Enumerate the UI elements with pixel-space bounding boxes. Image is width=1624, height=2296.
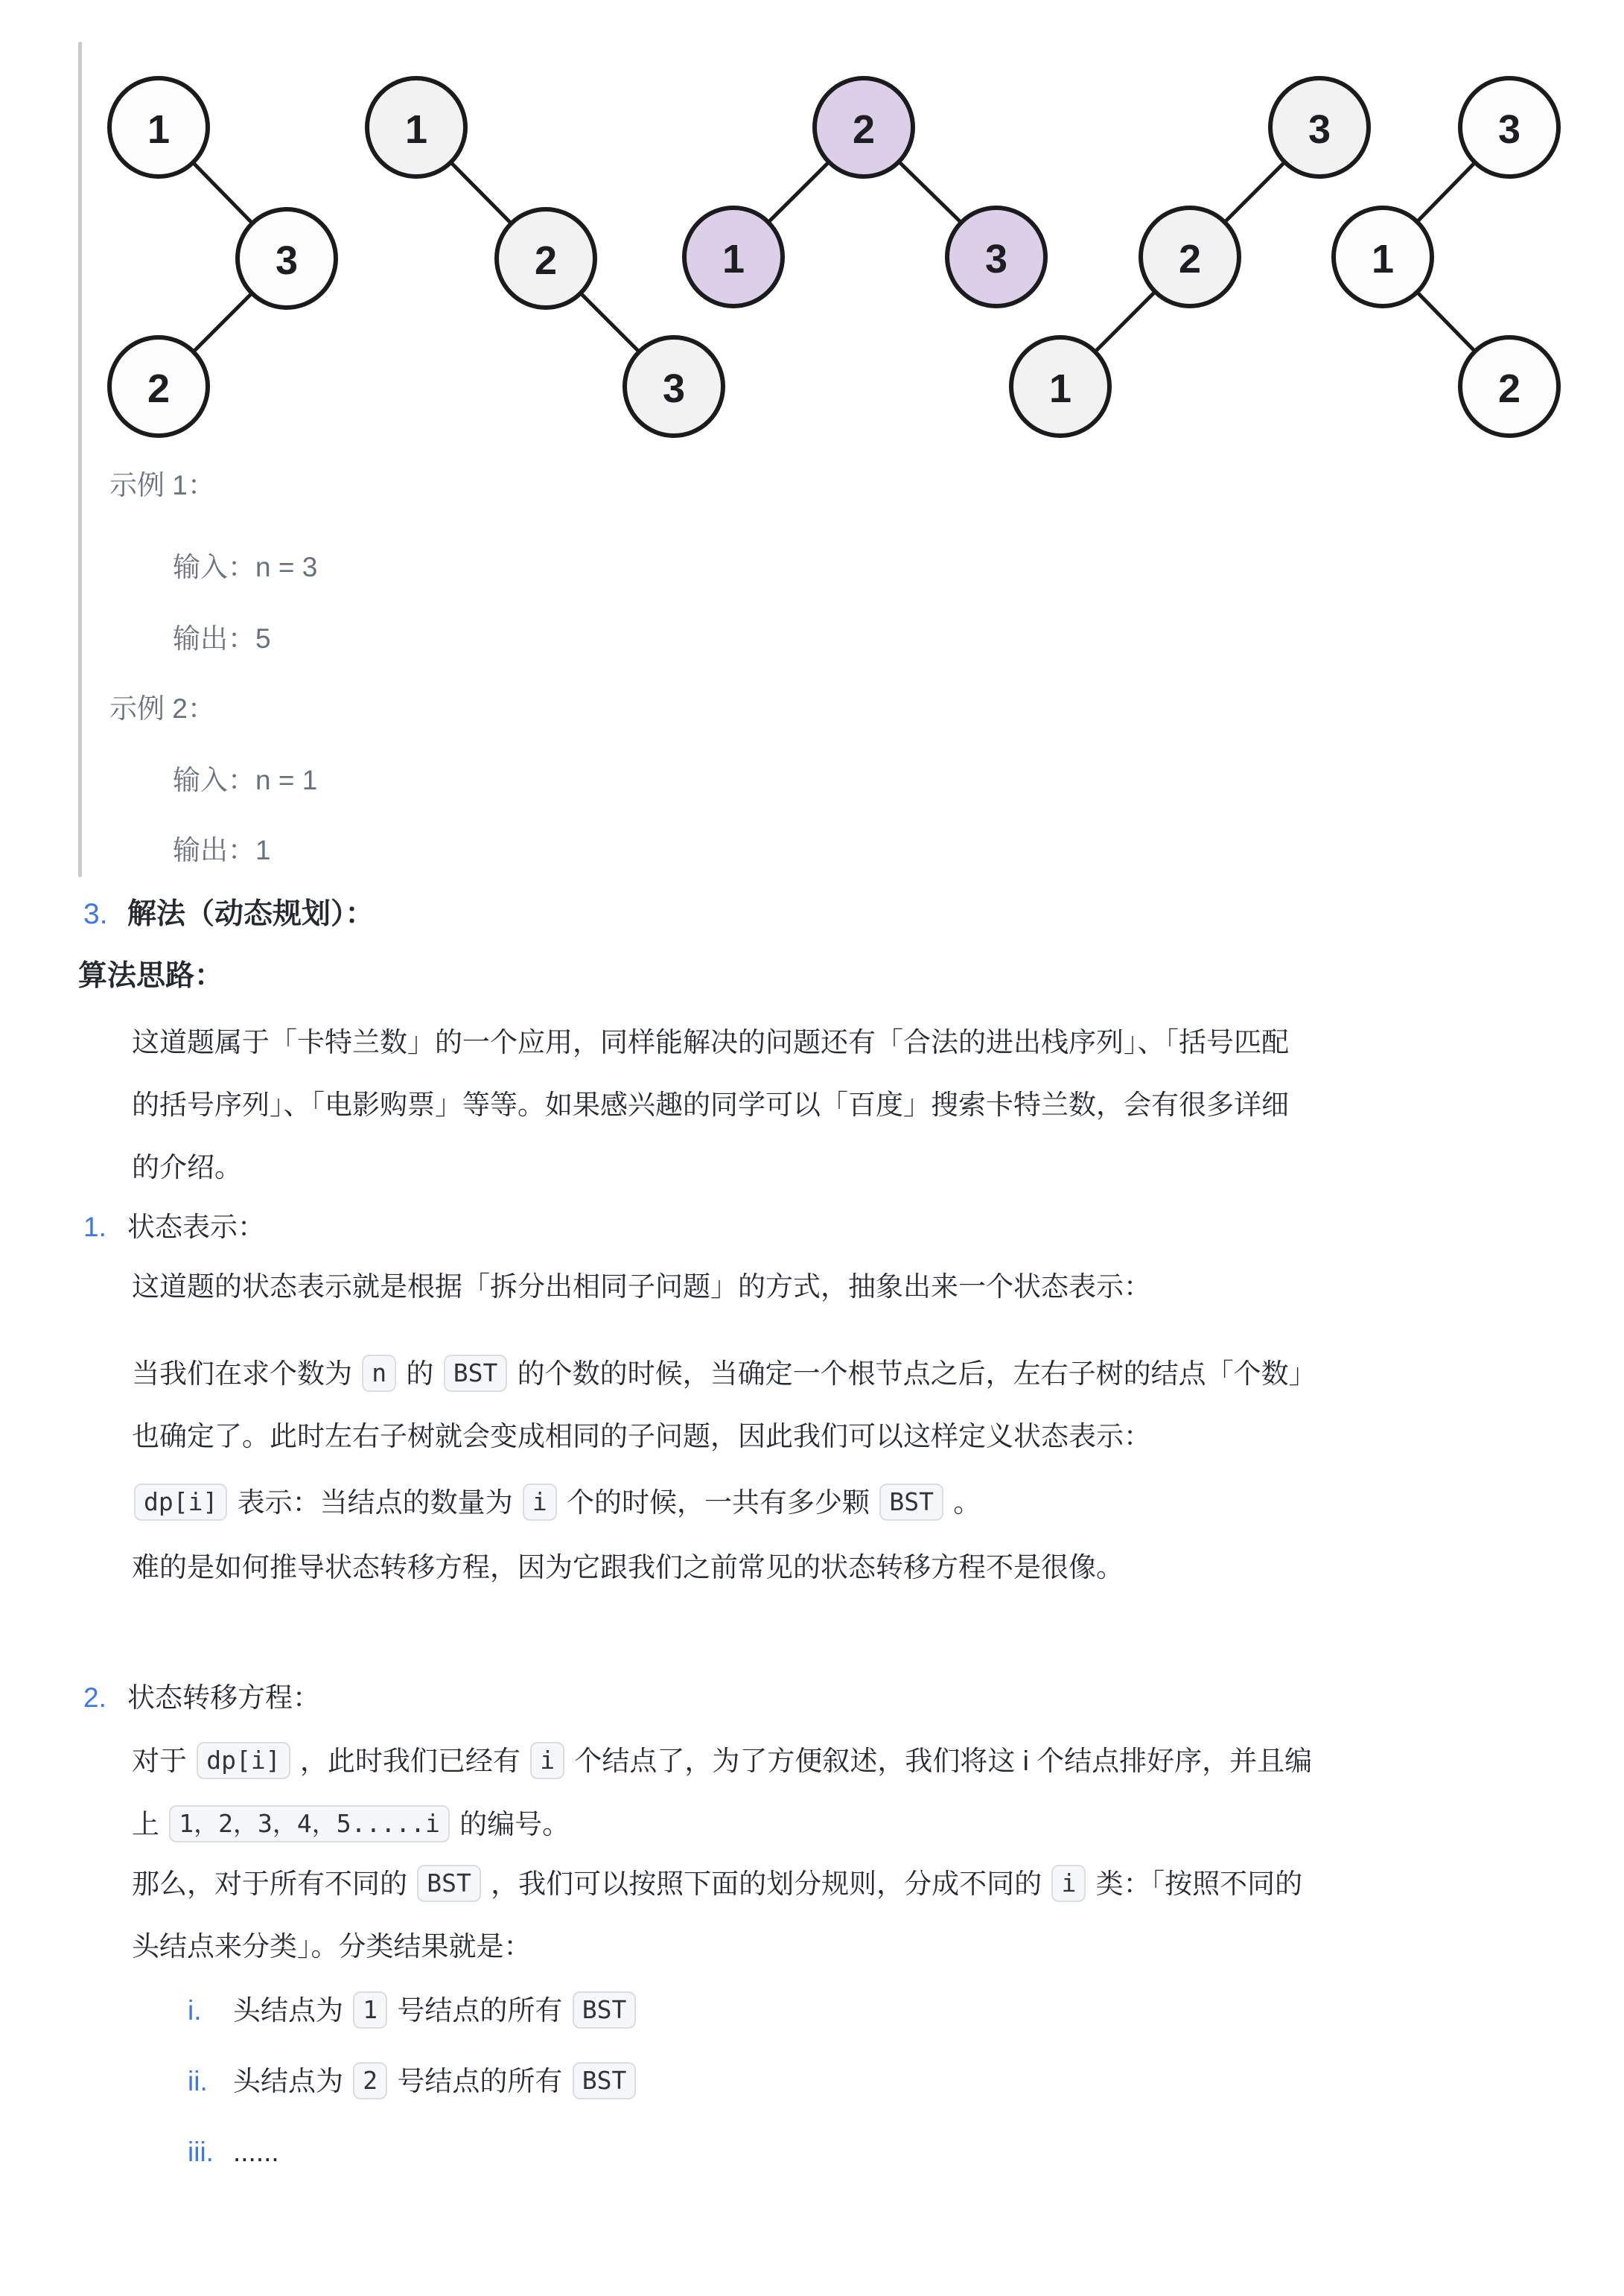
bst-trees-figure: 132123213321312: [0, 0, 1624, 477]
paragraph-state-intro: 这道题的状态表示就是根据「拆分出相同子问题」的方式，抽象出来一个状态表示：: [132, 1268, 1151, 1306]
tree-node-label: 1: [722, 237, 745, 282]
tree-node-label: 2: [535, 238, 557, 283]
example-2-output: 输出：1: [173, 831, 271, 870]
list-item-1-marker: i.: [188, 1991, 233, 2030]
paragraph-state-line-1: 当我们在求个数为 n 的 BST 的个数的时候，当确定一个根节点之后，左右子树的…: [132, 1355, 1316, 1393]
paragraph-hard-note: 难的是如何推导状态转移方程，因为它跟我们之前常见的状态转移方程不是很像。: [132, 1548, 1124, 1587]
inline-code-chip: dp[i]: [134, 1484, 227, 1521]
heading-approach: 算法思路：: [78, 957, 223, 996]
list-item-2-marker: ii.: [188, 2062, 233, 2101]
inline-code-chip: 2: [353, 2062, 387, 2099]
tree-node-label: 2: [1179, 237, 1201, 282]
paragraph-rule-line-1: 那么，对于所有不同的 BST ，我们可以按照下面的划分规则，分成不同的 i 类：…: [132, 1865, 1302, 1904]
inline-code-chip: 1: [353, 1991, 387, 2029]
heading-state: 1.状态表示：: [83, 1208, 265, 1247]
list-item-3-marker: iii.: [188, 2133, 233, 2172]
tree-node-label: 3: [276, 238, 298, 283]
list-item-1-text: 头结点为 1 号结点的所有 BST: [233, 1995, 638, 2026]
tree-1: 132: [109, 78, 336, 436]
list-item-root-2: ii.头结点为 2 号结点的所有 BST: [188, 2062, 638, 2101]
inline-code-chip: i: [523, 1484, 557, 1521]
list-item-ellipsis: iii.......: [188, 2133, 279, 2172]
heading-transition-label: 状态转移方程：: [127, 1682, 320, 1713]
heading-solution: 3.解法（动态规划）：: [83, 895, 375, 934]
example-1-title: 示例 1：: [109, 466, 215, 505]
inline-code-chip: BST: [573, 2062, 637, 2099]
tree-node-label: 3: [1308, 107, 1331, 152]
list-item-2-text: 头结点为 2 号结点的所有 BST: [233, 2066, 638, 2096]
inline-code-chip: BST: [417, 1865, 481, 1902]
tree-node-label: 3: [1498, 107, 1520, 152]
tree-node-label: 1: [147, 107, 170, 152]
inline-code-chip: i: [530, 1742, 564, 1779]
tree-node-label: 1: [1372, 237, 1394, 282]
paragraph-catalan-line-3: 的介绍。: [132, 1148, 242, 1187]
document-page: 132123213321312 示例 1： 输入：n = 3 输出：5 示例 2…: [0, 0, 1624, 2296]
heading-transition-number: 2.: [83, 1679, 127, 1717]
heading-solution-label: 解法（动态规划）：: [127, 898, 375, 930]
tree-3: 213: [684, 78, 1045, 306]
inline-code-chip: i: [1051, 1865, 1086, 1902]
tree-node-label: 2: [853, 107, 875, 152]
inline-code-chip: BST: [879, 1484, 943, 1521]
list-item-3-text: ......: [233, 2137, 279, 2167]
paragraph-transition-line-2: 上 1，2，3，4，5.....i 的编号。: [132, 1805, 570, 1844]
example-2-input: 输入：n = 1: [173, 761, 317, 800]
tree-node-label: 1: [1049, 366, 1071, 411]
paragraph-transition-line-1: 对于 dp[i] ，此时我们已经有 i 个结点了，为了方便叙述，我们将这 i 个…: [132, 1742, 1312, 1781]
example-2-title: 示例 2：: [109, 690, 215, 728]
heading-solution-number: 3.: [83, 895, 127, 934]
inline-code-chip: BST: [444, 1355, 508, 1392]
inline-code-chip: 1，2，3，4，5.....i: [169, 1805, 450, 1842]
inline-code-chip: dp[i]: [197, 1742, 290, 1779]
tree-4: 321: [1011, 78, 1369, 436]
heading-state-number: 1.: [83, 1208, 127, 1247]
tree-node-label: 1: [405, 107, 427, 152]
paragraph-state-line-2: 也确定了。此时左右子树就会变成相同的子问题，因此我们可以这样定义状态表示：: [132, 1417, 1151, 1456]
heading-state-label: 状态表示：: [127, 1212, 265, 1242]
tree-node-label: 3: [663, 366, 685, 411]
tree-node-label: 3: [985, 237, 1007, 282]
list-item-root-1: i.头结点为 1 号结点的所有 BST: [188, 1991, 638, 2030]
example-1-output: 输出：5: [173, 620, 271, 658]
inline-code-chip: n: [362, 1355, 396, 1392]
inline-code-chip: BST: [573, 1991, 637, 2029]
tree-node-label: 2: [1498, 366, 1520, 411]
paragraph-catalan-line-1: 这道题属于「卡特兰数」的一个应用，同样能解决的问题还有「合法的进出栈序列」、「括…: [132, 1023, 1289, 1062]
heading-transition: 2.状态转移方程：: [83, 1679, 320, 1717]
paragraph-rule-line-2: 头结点来分类」。分类结果就是：: [132, 1927, 532, 1966]
example-1-input: 输入：n = 3: [173, 548, 317, 587]
tree-2: 123: [367, 78, 723, 436]
tree-node-label: 2: [147, 366, 170, 411]
paragraph-catalan-line-2: 的括号序列」、「电影购票」等等。如果感兴趣的同学可以「百度」搜索卡特兰数，会有很…: [132, 1086, 1289, 1125]
paragraph-dp-definition: dp[i] 表示：当结点的数量为 i 个的时候，一共有多少颗 BST 。: [132, 1484, 981, 1522]
